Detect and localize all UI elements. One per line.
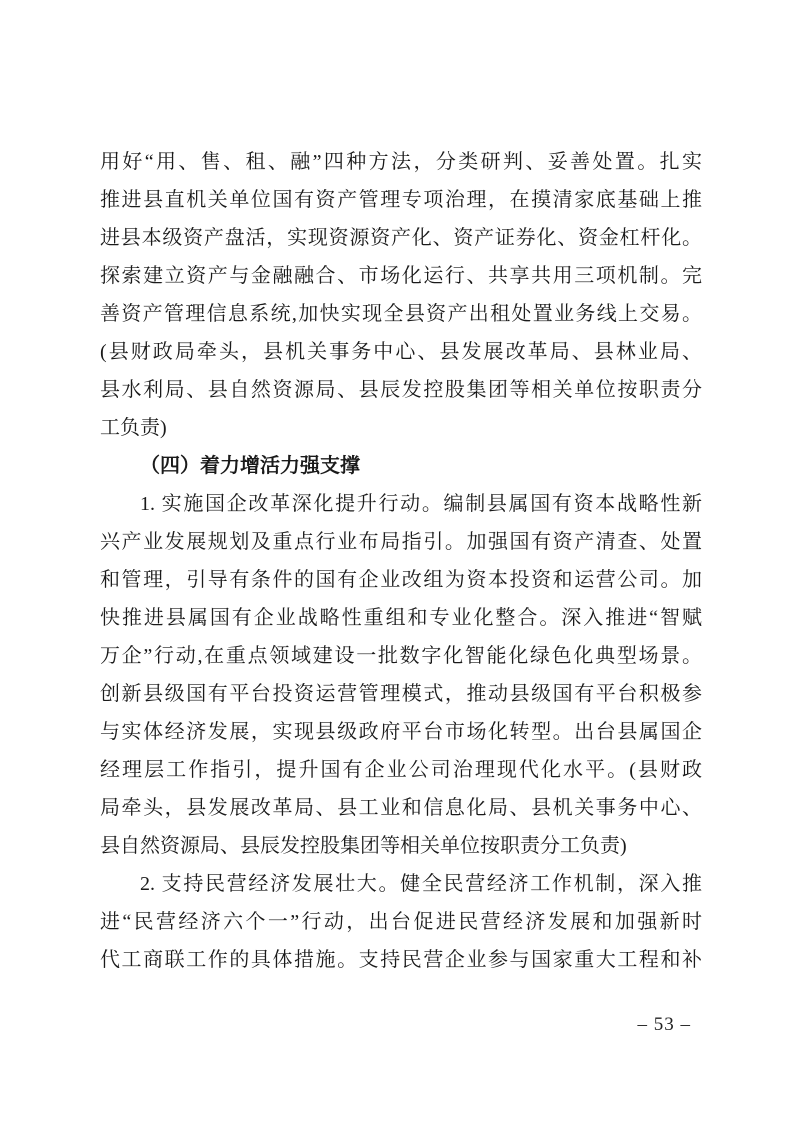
body-text: 推进县直机关单位国有资产管理专项治理，在摸清家底基础上推 <box>100 189 702 211</box>
body-text: 2. 支持民营经济发展壮大。健全民营经济工作机制，深入推 <box>140 873 702 895</box>
numbered-item-line: 1. 实施国企改革深化提升行动。编制县属国有资本战略性新 <box>100 485 702 523</box>
numbered-item-line: 2. 支持民营经济发展壮大。健全民营经济工作机制，深入推 <box>100 865 702 903</box>
responsible-units-text: 县自然资源局、县辰发控股集团等相关单位按职责分工负责) <box>100 835 627 857</box>
responsible-units-text: (县财政局牵头，县机关事务中心、县发展改革局、县林业局、 <box>100 341 702 363</box>
text-line: 进“民营经济六个一”行动，出台促进民营经济发展和加强新时 <box>100 903 702 941</box>
responsible-units-text: 县水利局、县自然资源局、县辰发控股集团等相关单位按职责分 <box>100 379 702 401</box>
responsible-units-text: 工负责) <box>100 417 167 439</box>
text-line: 推进县直机关单位国有资产管理专项治理，在摸清家底基础上推 <box>100 181 702 219</box>
responsible-units-line: 局牵头，县发展改革局、县工业和信息化局、县机关事务中心、 <box>100 789 702 827</box>
body-text: 快推进县属国有企业战略性重组和专业化整合。深入推进“智赋 <box>100 607 702 629</box>
body-text: 代工商联工作的具体措施。支持民营企业参与国家重大工程和补 <box>100 949 702 971</box>
body-text: 探索建立资产与金融融合、市场化运行、共享共用三项机制。完 <box>100 265 702 287</box>
text-line: 探索建立资产与金融融合、市场化运行、共享共用三项机制。完 <box>100 257 702 295</box>
body-text: 善资产管理信息系统,加快实现全县资产出租处置业务线上交易。 <box>100 303 702 325</box>
document-page: 用好“用、售、租、融”四种方法，分类研判、妥善处置。扎实 推进县直机关单位国有资… <box>0 0 793 1122</box>
text-line: 快推进县属国有企业战略性重组和专业化整合。深入推进“智赋 <box>100 599 702 637</box>
responsible-units-text: 局牵头，县发展改革局、县工业和信息化局、县机关事务中心、 <box>100 797 702 819</box>
body-text: 经理层工作指引，提升国有企业公司治理现代化水平。 <box>100 759 629 781</box>
text-line: 创新县级国有平台投资运营管理模式，推动县级国有平台积极参 <box>100 675 702 713</box>
text-line: 和管理，引导有条件的国有企业改组为资本投资和运营公司。加 <box>100 561 702 599</box>
text-line: 兴产业发展规划及重点行业布局指引。加强国有资产清查、处置 <box>100 523 702 561</box>
body-text: 兴产业发展规划及重点行业布局指引。加强国有资产清查、处置 <box>100 531 702 553</box>
text-line: 善资产管理信息系统,加快实现全县资产出租处置业务线上交易。 <box>100 295 702 333</box>
body-text: 创新县级国有平台投资运营管理模式，推动县级国有平台积极参 <box>100 683 702 705</box>
responsible-units-line: (县财政局牵头，县机关事务中心、县发展改革局、县林业局、 <box>100 333 702 371</box>
body-text: 进县本级资产盘活，实现资源资产化、资产证券化、资金杠杆化。 <box>100 227 702 249</box>
responsible-units-line: 县自然资源局、县辰发控股集团等相关单位按职责分工负责) <box>100 827 702 865</box>
section-heading-text: （四）着力增活力强支撑 <box>140 455 360 477</box>
responsible-units-line: 县水利局、县自然资源局、县辰发控股集团等相关单位按职责分 <box>100 371 702 409</box>
text-line: 与实体经济发展，实现县级政府平台市场化转型。出台县属国企 <box>100 713 702 751</box>
text-block: 用好“用、售、租、融”四种方法，分类研判、妥善处置。扎实 推进县直机关单位国有资… <box>100 143 702 979</box>
responsible-units-line: 工负责) <box>100 409 702 447</box>
text-line: 代工商联工作的具体措施。支持民营企业参与国家重大工程和补 <box>100 941 702 979</box>
text-line: 用好“用、售、租、融”四种方法，分类研判、妥善处置。扎实 <box>100 143 702 181</box>
mixed-text-line: 经理层工作指引，提升国有企业公司治理现代化水平。(县财政 <box>100 751 702 789</box>
responsible-units-text: (县财政 <box>629 759 702 781</box>
body-text: 1. 实施国企改革深化提升行动。编制县属国有资本战略性新 <box>140 493 702 515</box>
text-line: 进县本级资产盘活，实现资源资产化、资产证券化、资金杠杆化。 <box>100 219 702 257</box>
body-text: 用好“用、售、租、融”四种方法，分类研判、妥善处置。扎实 <box>100 151 702 173</box>
section-heading: （四）着力增活力强支撑 <box>100 447 702 485</box>
text-line: 万企”行动,在重点领域建设一批数字化智能化绿色化典型场景。 <box>100 637 702 675</box>
body-text: 万企”行动,在重点领域建设一批数字化智能化绿色化典型场景。 <box>100 645 702 667</box>
body-text: 与实体经济发展，实现县级政府平台市场化转型。出台县属国企 <box>100 721 702 743</box>
body-text: 进“民营经济六个一”行动，出台促进民营经济发展和加强新时 <box>100 911 702 933</box>
body-text: 和管理，引导有条件的国有企业改组为资本投资和运营公司。加 <box>100 569 702 591</box>
page-number: – 53 – <box>638 1012 692 1038</box>
